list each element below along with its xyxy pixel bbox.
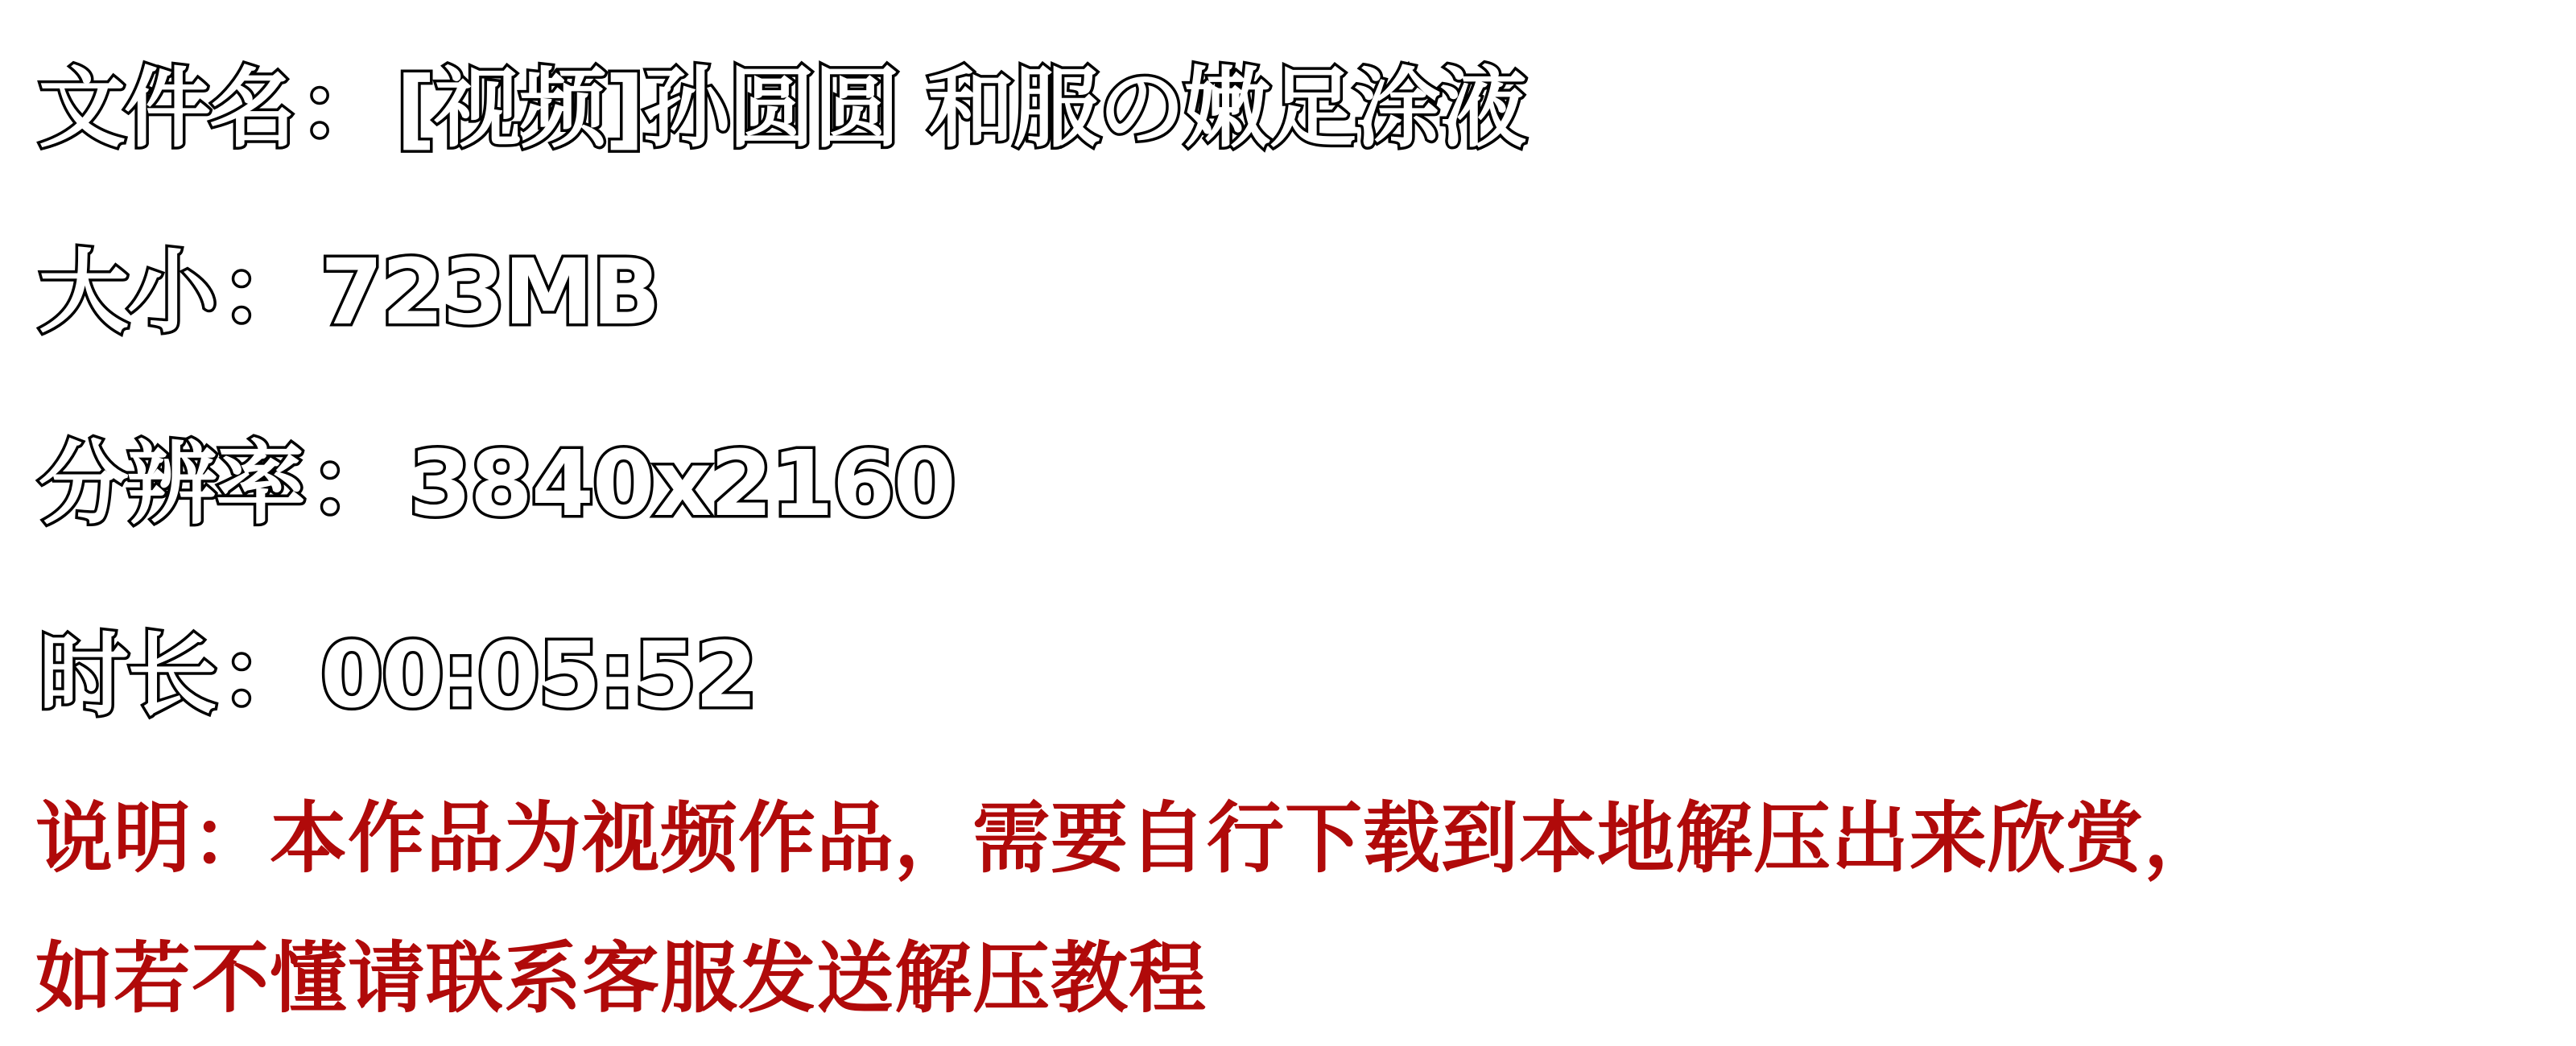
filename-label: 文件名	[39, 59, 295, 159]
resolution-separator: ：	[309, 432, 398, 537]
duration-value: 00:05:52	[320, 624, 756, 728]
resolution-row: 分辨率：3840x2160	[39, 439, 955, 529]
resolution-label: 分辨率	[39, 432, 304, 537]
filename-value: [视频]孙圆圆 和服の嫩足涂液	[396, 59, 1525, 159]
duration-label: 时长	[39, 624, 216, 728]
resolution-value: 3840x2160	[409, 432, 955, 537]
size-row: 大小：723MB	[39, 248, 659, 338]
duration-row: 时长：00:05:52	[39, 631, 756, 721]
size-separator: ：	[221, 241, 309, 345]
size-label: 大小	[39, 241, 216, 345]
note-line-1: 说明：本作品为视频作品，需要自行下载到本地解压出来欣赏，	[35, 800, 2222, 877]
size-value: 723MB	[320, 241, 659, 345]
filename-row: 文件名：[视频]孙圆圆 和服の嫩足涂液	[39, 66, 1525, 153]
note-line-2: 如若不懂请联系客服发送解压教程	[35, 940, 1207, 1017]
duration-separator: ：	[221, 624, 309, 728]
filename-separator: ：	[299, 59, 385, 159]
